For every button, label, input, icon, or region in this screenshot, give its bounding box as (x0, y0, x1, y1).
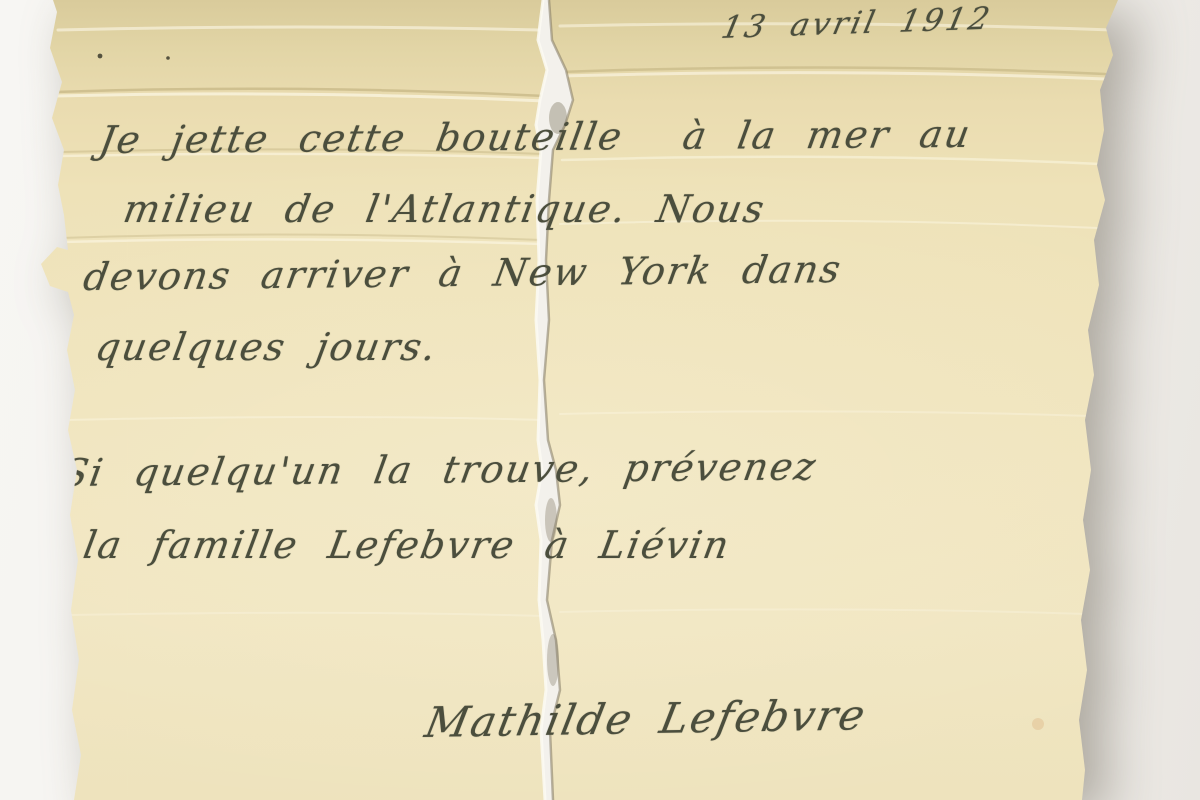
letter-date: 13 avril 1912 (718, 1, 996, 46)
letter-line: milieu de l'Atlantique. Nous (120, 187, 769, 231)
letter-photo: 13 avril 1912 Je jette cette bouteille à… (0, 0, 1200, 800)
letter-line: la famille Lefebvre à Liévin (80, 523, 734, 567)
letter-line: Je jette cette bouteille à la mer au (96, 112, 975, 162)
letter-line: devons arriver à New York dans (80, 247, 845, 299)
letter-line: Si quelqu'un la trouve, prévenez (58, 444, 820, 495)
paper-shadow: 13 avril 1912 Je jette cette bouteille à… (0, 0, 1200, 800)
paper-stain (1032, 718, 1044, 730)
letter-signature: Mathilde Lefebvre (421, 690, 871, 747)
letter-line: quelques jours. (92, 325, 441, 369)
letter-paper: 13 avril 1912 Je jette cette bouteille à… (0, 0, 1200, 800)
